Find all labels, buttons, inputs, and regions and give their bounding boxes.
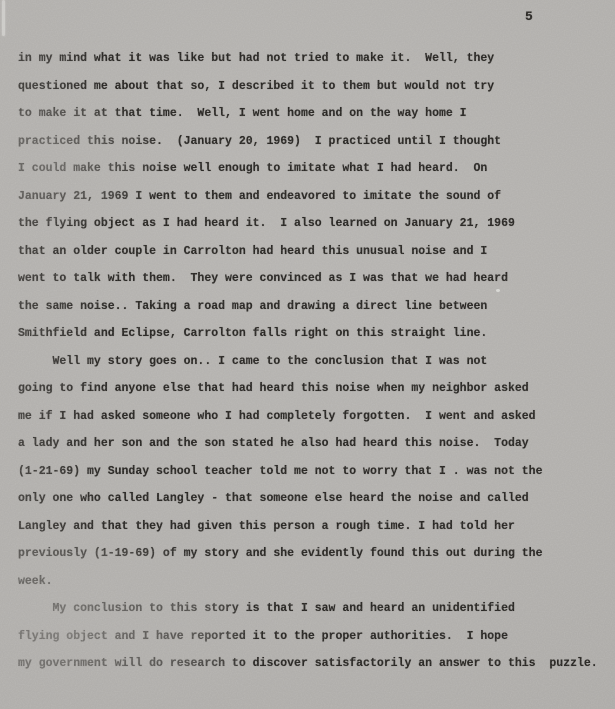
text-line: My conclusion to this story is that I sa… [18, 595, 608, 623]
text-line: in my mind what it was like but had not … [18, 45, 608, 73]
text-line: week. [18, 568, 608, 596]
text-line: flying object and I have reported it to … [18, 623, 608, 651]
text-line: my government will do research to discov… [18, 650, 608, 678]
text-line: me if I had asked someone who I had comp… [18, 403, 608, 431]
text-line: January 21, 1969 I went to them and ende… [18, 183, 608, 211]
text-line: Smithfield and Eclipse, Carrolton falls … [18, 320, 608, 348]
text-line: a lady and her son and the son stated he… [18, 430, 608, 458]
text-line: that an older couple in Carrolton had he… [18, 238, 608, 266]
text-line: practiced this noise. (January 20, 1969)… [18, 128, 608, 156]
text-line: to make it at that time. Well, I went ho… [18, 100, 608, 128]
text-line: the flying object as I had heard it. I a… [18, 210, 608, 238]
text-line: Langley and that they had given this per… [18, 513, 608, 541]
text-line: previously (1-19-69) of my story and she… [18, 540, 608, 568]
text-line: (1-21-69) my Sunday school teacher told … [18, 458, 608, 486]
text-line: I could make this noise well enough to i… [18, 155, 608, 183]
page-number: 5 [525, 9, 533, 24]
text-line: went to talk with them. They were convin… [18, 265, 608, 293]
text-line: only one who called Langley - that someo… [18, 485, 608, 513]
text-line: questioned me about that so, I described… [18, 73, 608, 101]
scanned-document-page: 5 in my mind what it was like but had no… [0, 0, 615, 709]
text-line: going to find anyone else that had heard… [18, 375, 608, 403]
text-line: the same noise.. Taking a road map and d… [18, 293, 608, 321]
typewritten-body: in my mind what it was like but had not … [18, 45, 608, 678]
scan-scratch-artifact [2, 0, 5, 36]
text-line: Well my story goes on.. I came to the co… [18, 348, 608, 376]
